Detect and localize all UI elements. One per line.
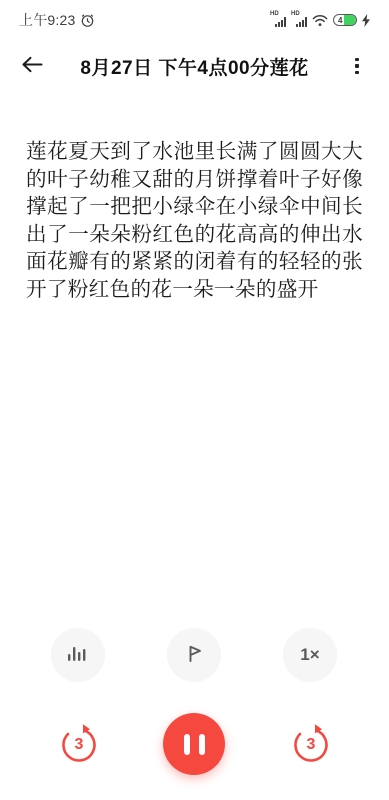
forward-3s-button[interactable]: 3 bbox=[288, 721, 334, 767]
battery-level-text: 4 bbox=[334, 16, 342, 25]
status-time: 上午9:23 bbox=[19, 10, 75, 30]
cellular-signal-hd-icon: HD bbox=[270, 12, 286, 28]
rewind-3s-button[interactable]: 3 bbox=[56, 721, 102, 767]
battery-charging-icon: 4 bbox=[333, 14, 357, 26]
battery-fill bbox=[344, 15, 356, 25]
arrow-left-icon bbox=[21, 56, 43, 76]
cellular-signal-hd-icon-2: HD bbox=[291, 12, 307, 28]
waveform-view-button[interactable] bbox=[51, 628, 105, 682]
page-title: 8月27日 下午4点00分莲花 bbox=[50, 53, 339, 80]
forward-seconds-label: 3 bbox=[307, 736, 316, 754]
wifi-icon bbox=[312, 14, 328, 27]
header: 8月27日 下午4点00分莲花 bbox=[0, 38, 389, 94]
vertical-ellipsis-icon bbox=[355, 58, 359, 75]
rewind-seconds-label: 3 bbox=[75, 736, 84, 754]
flag-mark-button[interactable] bbox=[167, 628, 221, 682]
pause-icon bbox=[184, 734, 205, 755]
back-button[interactable] bbox=[14, 48, 50, 84]
playback-speed-button[interactable]: 1× bbox=[283, 628, 337, 682]
recorder-playback-screen: 上午9:23 HD HD bbox=[0, 0, 389, 800]
speed-label: 1× bbox=[300, 645, 319, 665]
alarm-clock-icon bbox=[80, 13, 95, 28]
flag-marker-icon bbox=[184, 643, 205, 667]
more-menu-button[interactable] bbox=[339, 48, 375, 84]
waveform-bars-icon bbox=[66, 643, 90, 668]
transcript-text: 莲花夏天到了水池里长满了圆圆大大的叶子幼稚又甜的月饼撑着叶子好像撑起了一把把小绿… bbox=[26, 138, 363, 303]
charging-bolt-icon bbox=[362, 14, 370, 27]
status-bar: 上午9:23 HD HD bbox=[0, 0, 389, 34]
pause-button[interactable] bbox=[163, 713, 225, 775]
